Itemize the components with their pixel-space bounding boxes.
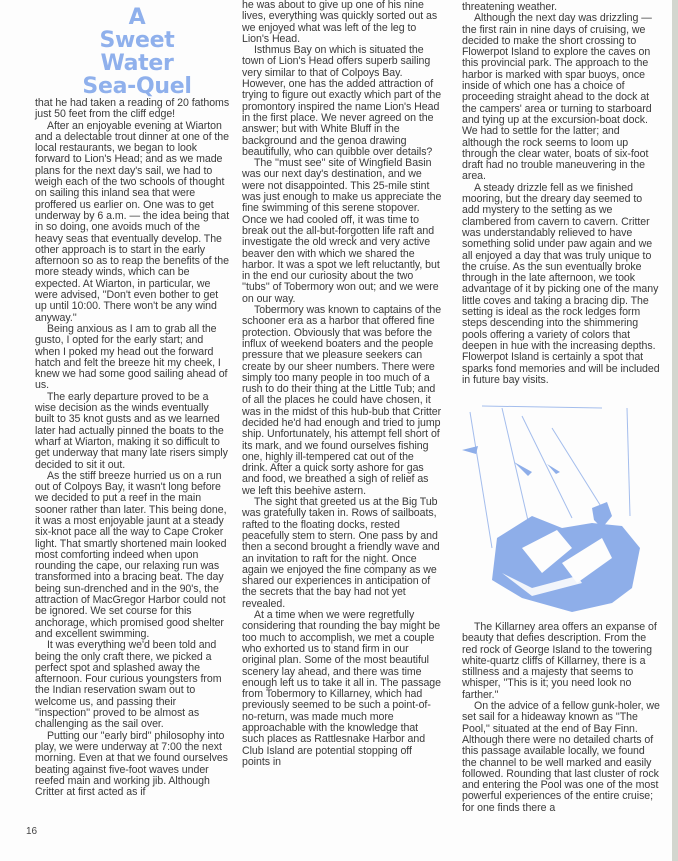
paragraph: The Killarney area offers an expanse of …	[462, 622, 662, 701]
paragraph: The ''must see'' site of Wingfield Basin…	[242, 158, 442, 305]
paragraph: that he had taken a reading of 20 fathom…	[35, 98, 230, 121]
paragraph: The early departure proved to be a wise …	[35, 392, 230, 471]
sailboat-illustration	[462, 398, 662, 618]
paragraph: he was about to give up one of his nine …	[242, 0, 442, 45]
paragraph: Tobermory was known to captains of the s…	[242, 305, 442, 497]
paragraph: On the advice of a fellow gunk-holer, we…	[462, 701, 662, 814]
title-line: Water	[80, 52, 194, 75]
paragraph: Being anxious as I am to grab all the gu…	[35, 324, 230, 392]
sailboat-icon	[462, 398, 662, 618]
title-line: Sea-Quel	[80, 75, 194, 98]
title-line: Sweet	[80, 29, 194, 52]
paragraph: Isthmus Bay on which is situated the tow…	[242, 45, 442, 158]
page-edge-strip	[672, 0, 678, 861]
paragraph: Although the next day was drizzling — th…	[462, 13, 662, 182]
paragraph: The sight that greeted us at the Big Tub…	[242, 497, 442, 610]
column-2: he was about to give up one of his nine …	[242, 0, 442, 768]
column-3-top: threatening weather. Although the next d…	[462, 2, 662, 386]
paragraph: It was everything we'd been told and bei…	[35, 640, 230, 730]
title-line: A	[80, 6, 194, 29]
article-title: A Sweet Water Sea-Quel	[80, 6, 194, 98]
paragraph: Putting our ''early bird'' philosophy in…	[35, 731, 230, 799]
paragraph: A steady drizzle fell as we finished moo…	[462, 183, 662, 386]
paragraph: As the stiff breeze hurried us on a run …	[35, 471, 230, 640]
paragraph: After an enjoyable evening at Wiarton an…	[35, 121, 230, 324]
column-1: that he had taken a reading of 20 fathom…	[35, 98, 230, 798]
paragraph: At a time when we were regretfully consi…	[242, 610, 442, 768]
page-number: 16	[26, 826, 37, 837]
magazine-page: A Sweet Water Sea-Quel that he had taken…	[0, 0, 672, 861]
column-3-bottom: The Killarney area offers an expanse of …	[462, 622, 662, 814]
